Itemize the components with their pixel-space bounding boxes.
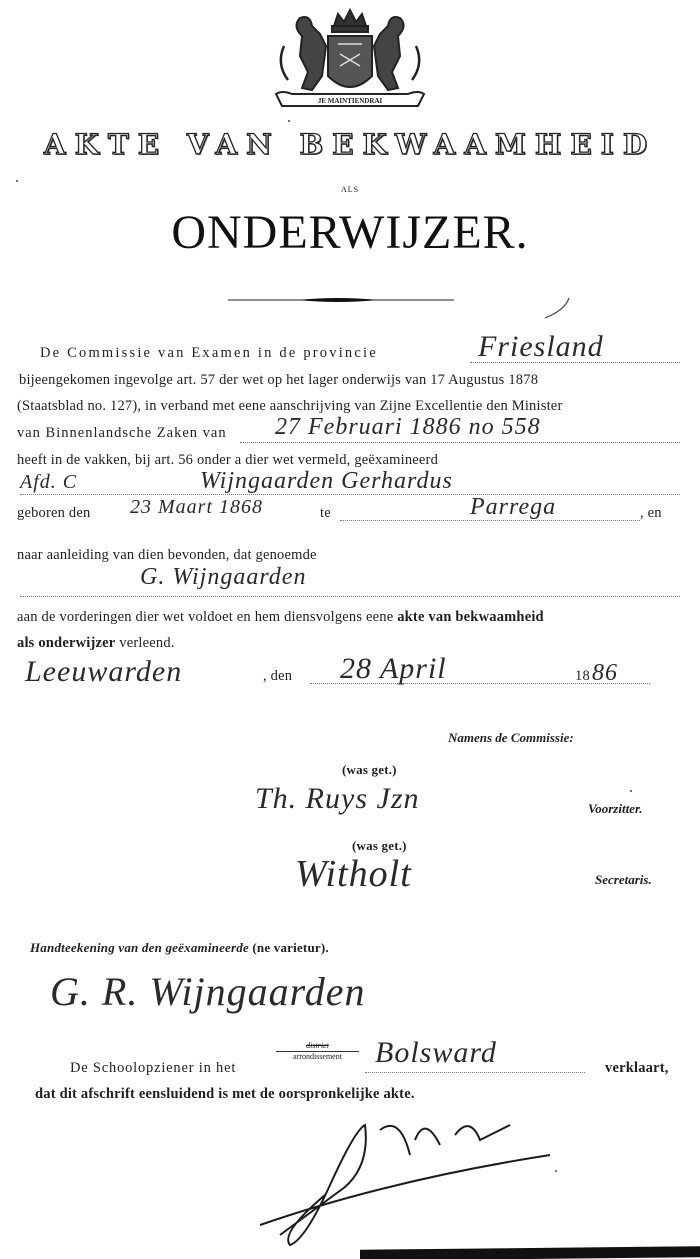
text-born-on: geboren den bbox=[17, 505, 90, 522]
handwritten-ministry-date: 27 Februari 1886 no 558 bbox=[275, 414, 541, 441]
handwritten-place: Leeuwarden bbox=[25, 655, 182, 689]
handwritten-birth-place: Parrega bbox=[470, 494, 556, 521]
text-line-8: naar aanleiding van dien bevonden, dat g… bbox=[17, 547, 317, 564]
text-line-11: als onderwijzer verleend. bbox=[17, 635, 175, 652]
document-title: AKTE VAN BEKWAAMHEID bbox=[0, 128, 700, 161]
title-als: ALS bbox=[0, 185, 700, 194]
examinee-signature-label: Handteekening van den geëxamineerde (ne … bbox=[30, 940, 329, 956]
handwritten-district: Bolsward bbox=[375, 1036, 497, 1070]
chairman-role: Voorzitter. bbox=[588, 801, 643, 817]
text-year-prefix: 18 bbox=[575, 668, 590, 685]
handwritten-issue-date: 28 April bbox=[340, 652, 447, 686]
text-inspector-prefix: De Schoolopziener in het bbox=[70, 1060, 236, 1077]
handwritten-department: Afd. C bbox=[20, 471, 77, 494]
text-certification-line-2: dat dit afschrift eensluidend is met de … bbox=[35, 1086, 415, 1103]
ornamental-divider bbox=[228, 297, 454, 303]
text-verklaart: verklaart, bbox=[605, 1060, 669, 1077]
secretary-signature: Witholt bbox=[295, 852, 412, 896]
examinee-signature: G. R. Wijngaarden bbox=[50, 968, 366, 1015]
handwritten-named-person: G. Wijngaarden bbox=[140, 564, 306, 591]
secretary-role: Secretaris. bbox=[595, 872, 652, 888]
chairman-signature: Th. Ruys Jzn bbox=[255, 782, 420, 816]
handwritten-examinee-name: Wijngaarden Gerhardus bbox=[200, 468, 453, 495]
text-line-4: van Binnenlandsche Zaken van bbox=[17, 425, 227, 442]
svg-text:JE MAINTIENDRAI: JE MAINTIENDRAI bbox=[318, 97, 383, 105]
document-subtitle: ONDERWIJZER. bbox=[0, 205, 700, 260]
district-fraction: district arrondissement bbox=[276, 1041, 359, 1062]
committee-label: Namens de Commissie: bbox=[448, 730, 574, 746]
flourish-mark bbox=[525, 296, 575, 326]
text-den: , den bbox=[263, 668, 292, 685]
text-line-5: heeft in de vakken, bij art. 56 onder a … bbox=[17, 452, 438, 469]
text-line-3: (Staatsblad no. 127), in verband met een… bbox=[17, 398, 562, 415]
royal-coat-of-arms-icon: JE MAINTIENDRAI bbox=[262, 6, 438, 116]
handwritten-year-suffix: 86 bbox=[592, 660, 618, 687]
text-te: te bbox=[320, 505, 331, 522]
text-line-10: aan de vorderingen dier wet voldoet en h… bbox=[17, 609, 544, 626]
handwritten-province: Friesland bbox=[478, 330, 604, 364]
text-line-2: bijeengekomen ingevolge art. 57 der wet … bbox=[19, 372, 538, 389]
text-commission-intro: De Commissie van Examen in de provincie bbox=[40, 345, 378, 362]
handwritten-birth-date: 23 Maart 1868 bbox=[130, 496, 263, 519]
was-get-label-1: (was get.) bbox=[342, 762, 397, 778]
text-en: , en bbox=[640, 505, 662, 522]
